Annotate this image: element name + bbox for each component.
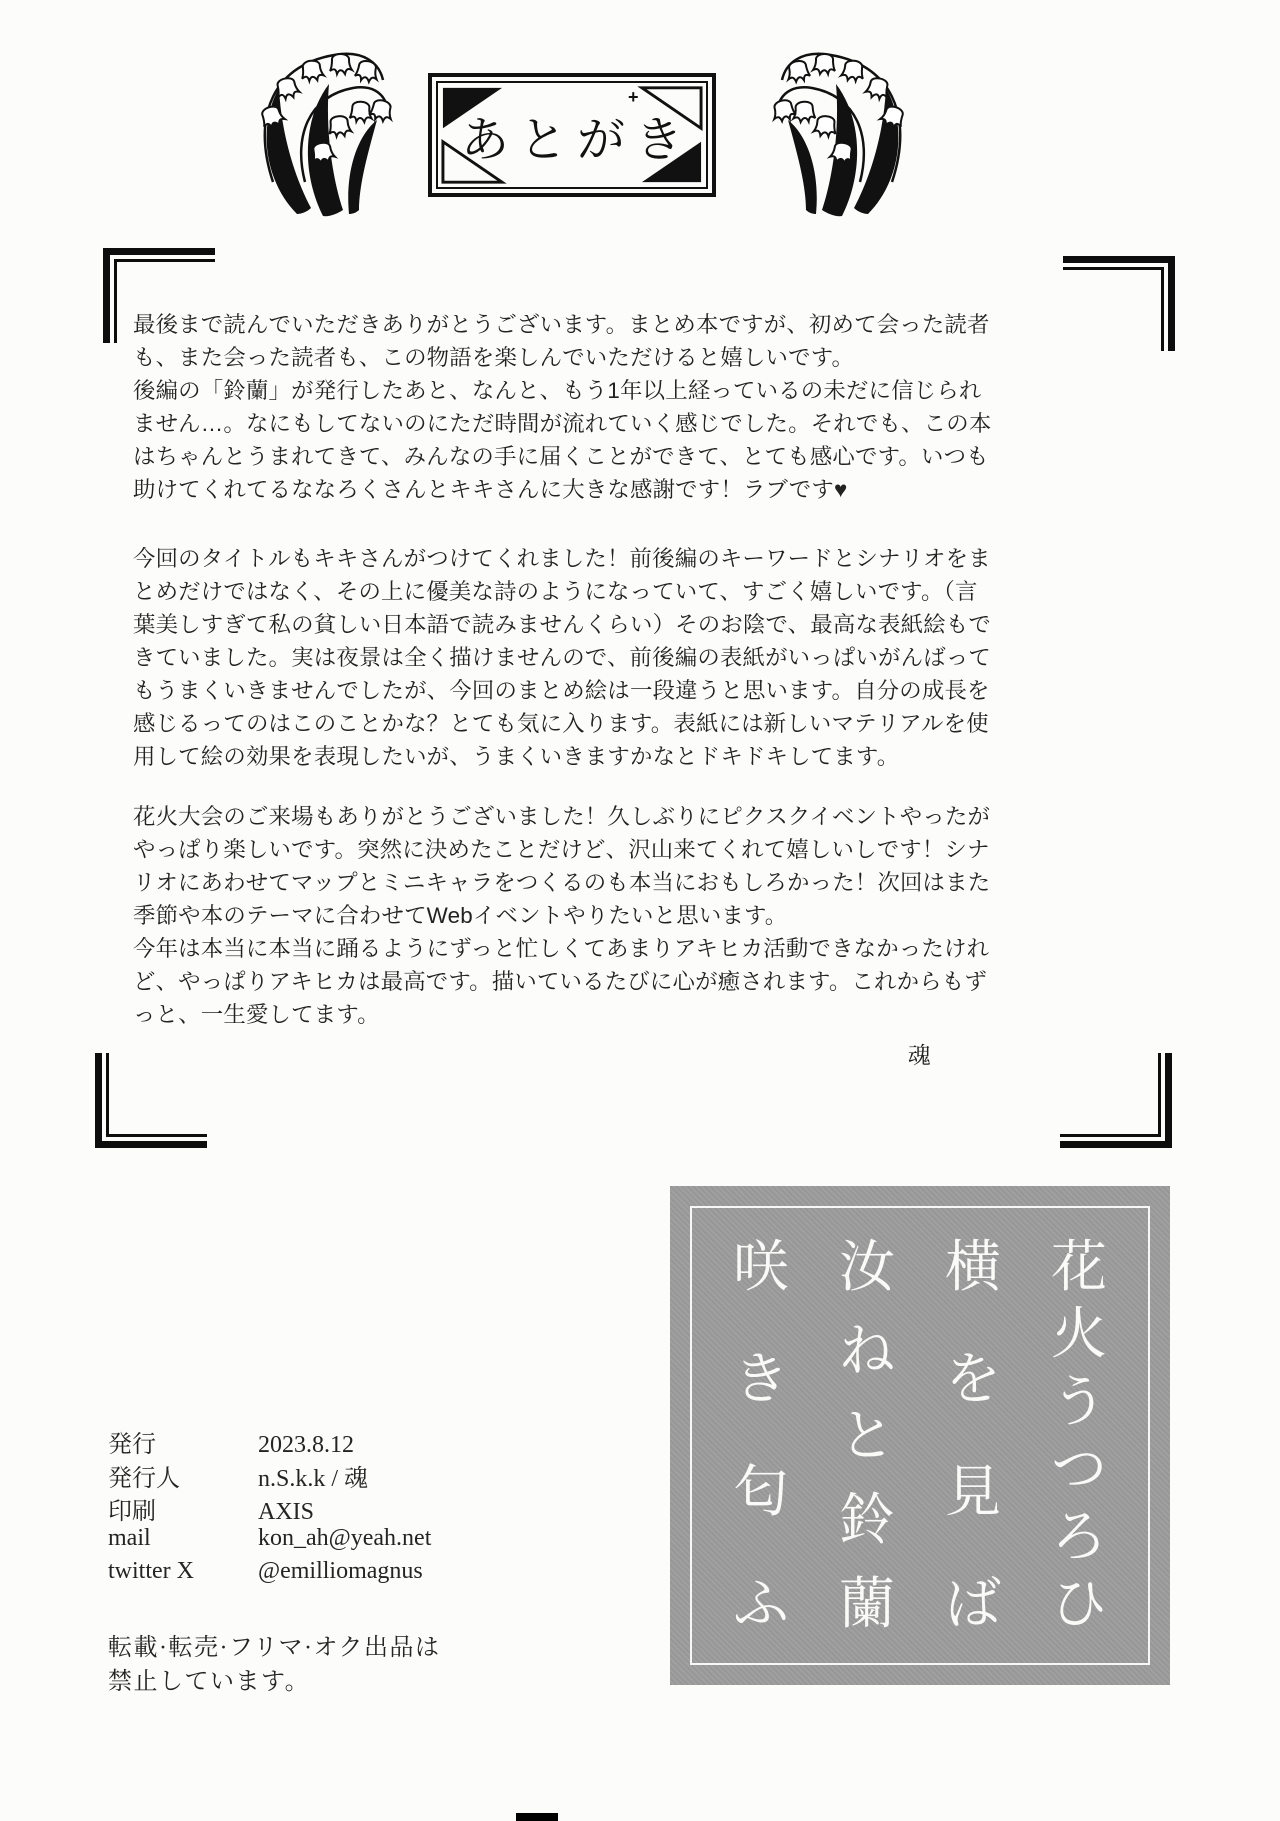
colophon-value: n.S.k.k / 魂	[258, 1458, 368, 1493]
poem-char: ば	[945, 1577, 1002, 1633]
poem-char: 見	[945, 1465, 1002, 1521]
afterword-line: 花火大会のご来場もありがとうございました！久しぶりにピクスクイベントやったが	[133, 800, 993, 833]
lily-of-the-valley-icon	[245, 32, 425, 217]
afterword-line: 葉美しすぎて私の貧しい日本語で読みませんくらい）そのお陰で、最高な表紙絵もで	[133, 608, 993, 641]
poem-char: 匂	[733, 1465, 790, 1521]
poem-box: 花火うつろひ 横を見ば 汝ねと鈴蘭 咲き匂ふ	[670, 1186, 1170, 1685]
poem-char: 咲	[733, 1240, 790, 1296]
colophon-value: AXIS	[258, 1499, 314, 1526]
colophon-row: 発行人 n.S.k.k / 魂	[108, 1458, 528, 1492]
poem-inner-frame: 花火うつろひ 横を見ば 汝ねと鈴蘭 咲き匂ふ	[690, 1206, 1150, 1665]
poem-char: と	[839, 1409, 896, 1465]
poem-char: ふ	[733, 1577, 790, 1633]
poem-char: 鈴	[839, 1493, 896, 1549]
afterword-line: 後編の「鈴蘭」が発行したあと、なんと、もう1年以上経っているの未だに信じられ	[133, 374, 993, 407]
afterword-line: も、また会った読者も、この物語を楽しんでいただけると嬉しいです。	[133, 341, 993, 374]
poem-char: ひ	[1051, 1577, 1108, 1633]
scan-artifact	[516, 1813, 558, 1821]
poem-char: き	[733, 1352, 790, 1408]
afterword-line: ど、やっぱりアキヒカは最高です。描いているたびに心が癒されます。これからもず	[133, 965, 993, 998]
poem-char: 火	[1051, 1307, 1108, 1363]
colophon-row: twitter X @emilliomagnus	[108, 1558, 528, 1592]
colophon-label: mail	[108, 1525, 258, 1552]
afterword-line: 季節や本のテーマに合わせてWebイベントやりたいと思います。	[133, 899, 993, 932]
poem-char: 横	[945, 1240, 1002, 1296]
poem-char: 花	[1051, 1240, 1108, 1296]
title-box: あとがき +	[428, 73, 716, 197]
colophon-label: 発行	[108, 1424, 258, 1459]
poem-column: 咲き匂ふ	[733, 1240, 790, 1633]
afterword-page: あとがき + 最後まで読んでいただきありがとうございます。まとめ本ですが、初めて…	[0, 0, 1280, 1821]
colophon-label: twitter X	[108, 1558, 258, 1585]
afterword-line: きていました。実は夜景は全く描けませんので、前後編の表紙がいっぱいがんばって	[133, 641, 993, 674]
notice-line: 転載·転売·フリマ·オク出品は	[108, 1631, 528, 1665]
colophon-value: 2023.8.12	[258, 1432, 354, 1459]
poem-char: つ	[1051, 1442, 1108, 1498]
lily-of-the-valley-icon	[740, 32, 920, 217]
afterword-line: やっぱり楽しいです。突然に決めたことだけど、沢山来てくれて嬉しいしです！シナ	[133, 833, 993, 866]
poem-char: う	[1051, 1375, 1108, 1431]
afterword-line: っと、一生愛してます。	[133, 998, 993, 1031]
afterword-line: リオにあわせてマップとミニキャラをつくるのも本当におもしろかった！次回はまた	[133, 866, 993, 899]
afterword-paragraph: 最後まで読んでいただきありがとうございます。まとめ本ですが、初めて会った読者も、…	[133, 308, 993, 506]
poem-char: 蘭	[839, 1577, 896, 1633]
afterword-line: ません…。なにもしてないのにただ時間が流れていく感じでした。それでも、この本	[133, 407, 993, 440]
poem-column: 横を見ば	[945, 1240, 1002, 1633]
afterword-line: 感じるってのはこのことかな？とても気に入ります。表紙には新しいマテリアルを使	[133, 707, 993, 740]
afterword-line: 助けてくれてるななろくさんとキキさんに大きな感謝です！ラブです♥	[133, 473, 993, 506]
poem-char: ね	[839, 1324, 896, 1380]
colophon-label: 発行人	[108, 1458, 258, 1493]
poem-char: 汝	[839, 1240, 896, 1296]
poem-char: ろ	[1051, 1510, 1108, 1566]
frame-bracket-bottom-right	[1060, 1053, 1172, 1148]
afterword-line: 今年は本当に本当に踊るようにずっと忙しくてあまりアキヒカ活動できなかったけれ	[133, 932, 993, 965]
notice-line: 禁止しています。	[108, 1665, 528, 1699]
page-title: あとがき	[432, 77, 712, 193]
colophon-row: mail kon_ah@yeah.net	[108, 1525, 528, 1559]
sparkle-icon: +	[628, 87, 639, 108]
afterword-line: 用して絵の効果を表現したいが、うまくいきますかなとドキドキしてます。	[133, 740, 993, 773]
colophon-value: kon_ah@yeah.net	[258, 1525, 431, 1552]
afterword-line: とめだけではなく、その上に優美な詩のようになっていて、すごく嬉しいです。（言	[133, 575, 993, 608]
colophon: 発行 2023.8.12 発行人 n.S.k.k / 魂 印刷 AXIS mai…	[108, 1424, 528, 1699]
afterword-paragraph: 今回のタイトルもキキさんがつけてくれました！前後編のキーワードとシナリオをまとめ…	[133, 542, 993, 773]
afterword-paragraph: 花火大会のご来場もありがとうございました！久しぶりにピクスクイベントやったがやっ…	[133, 800, 993, 1031]
colophon-row: 印刷 AXIS	[108, 1491, 528, 1525]
afterword-body: 最後まで読んでいただきありがとうございます。まとめ本ですが、初めて会った読者も、…	[133, 308, 993, 1072]
resale-prohibition-notice: 転載·転売·フリマ·オク出品は禁止しています。	[108, 1631, 528, 1699]
afterword-line: もうまくいきませんでしたが、今回のまとめ絵は一段違うと思います。自分の成長を	[133, 674, 993, 707]
poem-column: 汝ねと鈴蘭	[839, 1240, 896, 1633]
afterword-line: 最後まで読んでいただきありがとうございます。まとめ本ですが、初めて会った読者	[133, 308, 993, 341]
afterword-line: はちゃんとうまれてきて、みんなの手に届くことができて、とても感心です。いつも	[133, 440, 993, 473]
colophon-value: @emilliomagnus	[258, 1558, 423, 1585]
poem-column: 花火うつろひ	[1051, 1240, 1108, 1633]
colophon-label: 印刷	[108, 1491, 258, 1526]
afterword-line: 今回のタイトルもキキさんがつけてくれました！前後編のキーワードとシナリオをま	[133, 542, 993, 575]
poem-char: を	[945, 1352, 1002, 1408]
author-signature: 魂	[133, 1039, 993, 1072]
frame-bracket-top-right	[1063, 256, 1175, 351]
colophon-row: 発行 2023.8.12	[108, 1424, 528, 1458]
